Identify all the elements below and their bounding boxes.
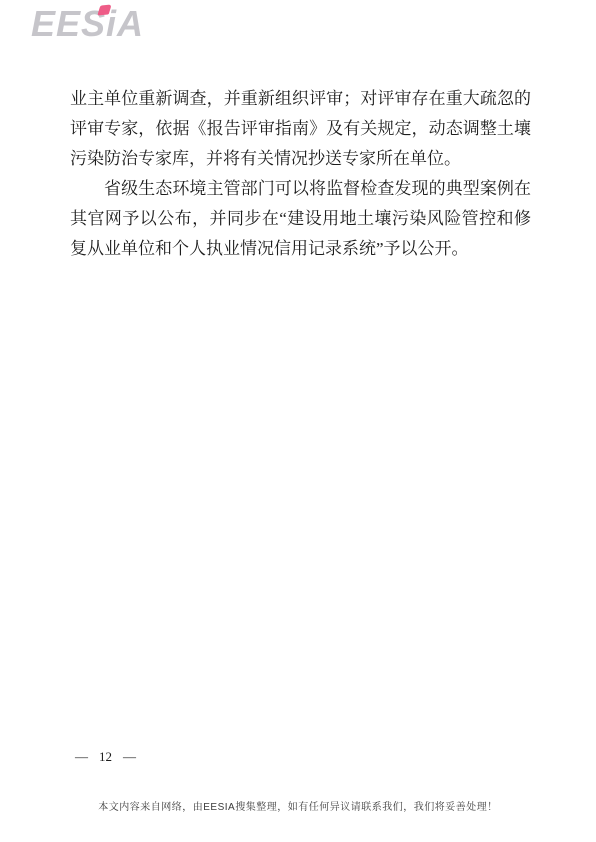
page-number: — 12 — xyxy=(75,749,136,764)
eesia-logo: EESiA xyxy=(31,4,161,48)
footer-disclaimer: 本文内容来自网络，由EESIA搜集整理，如有任何异议请联系我们，我们将妥善处理！ xyxy=(0,800,596,815)
document-body: 业主单位重新调查，并重新组织评审；对评审存在重大疏忽的评审专家，依据《报告评审指… xyxy=(70,84,531,264)
page-number-dash-right: — xyxy=(123,749,136,764)
body-paragraph-2: 省级生态环境主管部门可以将监督检查发现的典型案例在其官网予以公布，并同步在“建设… xyxy=(70,174,531,264)
eesia-logo-text: EESiA xyxy=(31,3,144,44)
document-page: EESiA 业主单位重新调查，并重新组织评审；对评审存在重大疏忽的评审专家，依据… xyxy=(0,0,596,842)
page-number-dash-left: — xyxy=(75,749,88,764)
body-paragraph-1: 业主单位重新调查，并重新组织评审；对评审存在重大疏忽的评审专家，依据《报告评审指… xyxy=(70,84,531,174)
page-number-value: 12 xyxy=(99,749,112,764)
